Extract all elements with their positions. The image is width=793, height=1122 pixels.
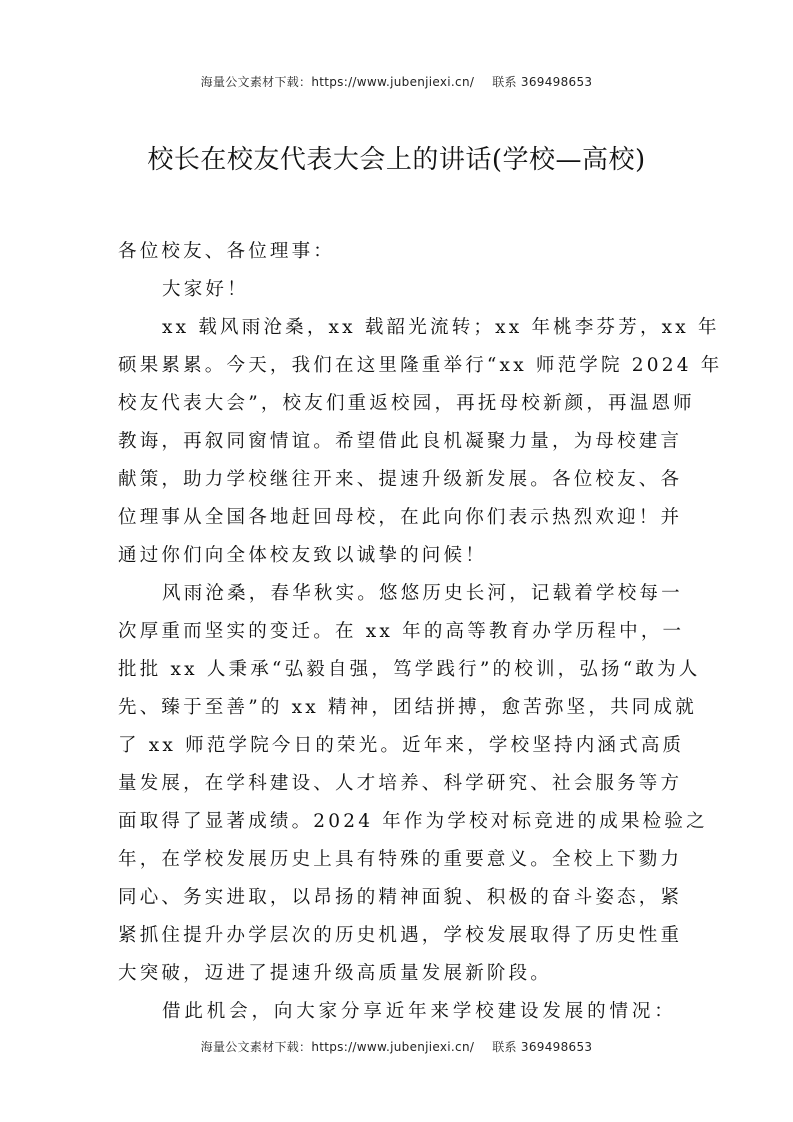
salutation: 各位校友、各位理事： [118, 237, 676, 267]
paragraph-line: 校友代表大会”，校友们重返校园，再抚母校新颜，再温恩师 [118, 389, 676, 419]
paragraph-line: 同心、务实进取，以昂扬的精神面貌、积极的奋斗姿态，紧 [118, 883, 676, 913]
header-contact-text: 联系 369498653 [492, 75, 592, 89]
footer-contact-text: 联系 369498653 [492, 1040, 592, 1054]
header-download-text: 海量公文素材下载：https://www.jubenjiexi.cn/ [201, 75, 475, 89]
paragraph-line: 面取得了显著成绩。2024 年作为学校对标竞进的成果检验之 [118, 807, 676, 837]
paragraph-line: 先、臻于至善”的 xx 精神，团结拼搏，愈苦弥坚，共同成就 [118, 693, 676, 723]
paragraph-line: 了 xx 师范学院今日的荣光。近年来，学校坚持内涵式高质 [118, 731, 676, 761]
paragraph-line: 教诲，再叙同窗情谊。希望借此良机凝聚力量，为母校建言 [118, 427, 676, 457]
page-header: 海量公文素材下载：https://www.jubenjiexi.cn/联系 36… [0, 74, 793, 90]
paragraph-line: 献策，助力学校继往开来、提速升级新发展。各位校友、各 [118, 465, 676, 495]
paragraph-line: 紧抓住提升办学层次的历史机遇，学校发展取得了历史性重 [118, 921, 676, 951]
paragraph-line: 位理事从全国各地赶回母校，在此向你们表示热烈欢迎！并 [118, 503, 676, 533]
document-title: 校长在校友代表大会上的讲话(学校—高校) [0, 140, 793, 180]
greeting: 大家好！ [162, 275, 676, 305]
paragraph-line: 通过你们向全体校友致以诚挚的问候！ [118, 541, 676, 571]
paragraph-line: xx 载风雨沧桑，xx 载韶光流转；xx 年桃李芬芳，xx 年 [162, 313, 676, 343]
footer-download-text: 海量公文素材下载：https://www.jubenjiexi.cn/ [201, 1040, 475, 1054]
paragraph-line: 大突破，迈进了提速升级高质量发展新阶段。 [118, 959, 676, 989]
paragraph-line: 借此机会，向大家分享近年来学校建设发展的情况： [162, 997, 676, 1027]
paragraph-line: 批批 xx 人秉承“弘毅自强，笃学践行”的校训，弘扬“敢为人 [118, 655, 676, 685]
page-footer: 海量公文素材下载：https://www.jubenjiexi.cn/联系 36… [0, 1039, 793, 1055]
paragraph-line: 量发展，在学科建设、人才培养、科学研究、社会服务等方 [118, 769, 676, 799]
paragraph-line: 次厚重而坚实的变迁。在 xx 年的高等教育办学历程中，一 [118, 617, 676, 647]
paragraph-line: 风雨沧桑，春华秋实。悠悠历史长河，记载着学校每一 [162, 579, 676, 609]
paragraph-line: 年，在学校发展历史上具有特殊的重要意义。全校上下勠力 [118, 845, 676, 875]
paragraph-line: 硕果累累。今天，我们在这里隆重举行“xx 师范学院 2024 年 [118, 351, 676, 381]
